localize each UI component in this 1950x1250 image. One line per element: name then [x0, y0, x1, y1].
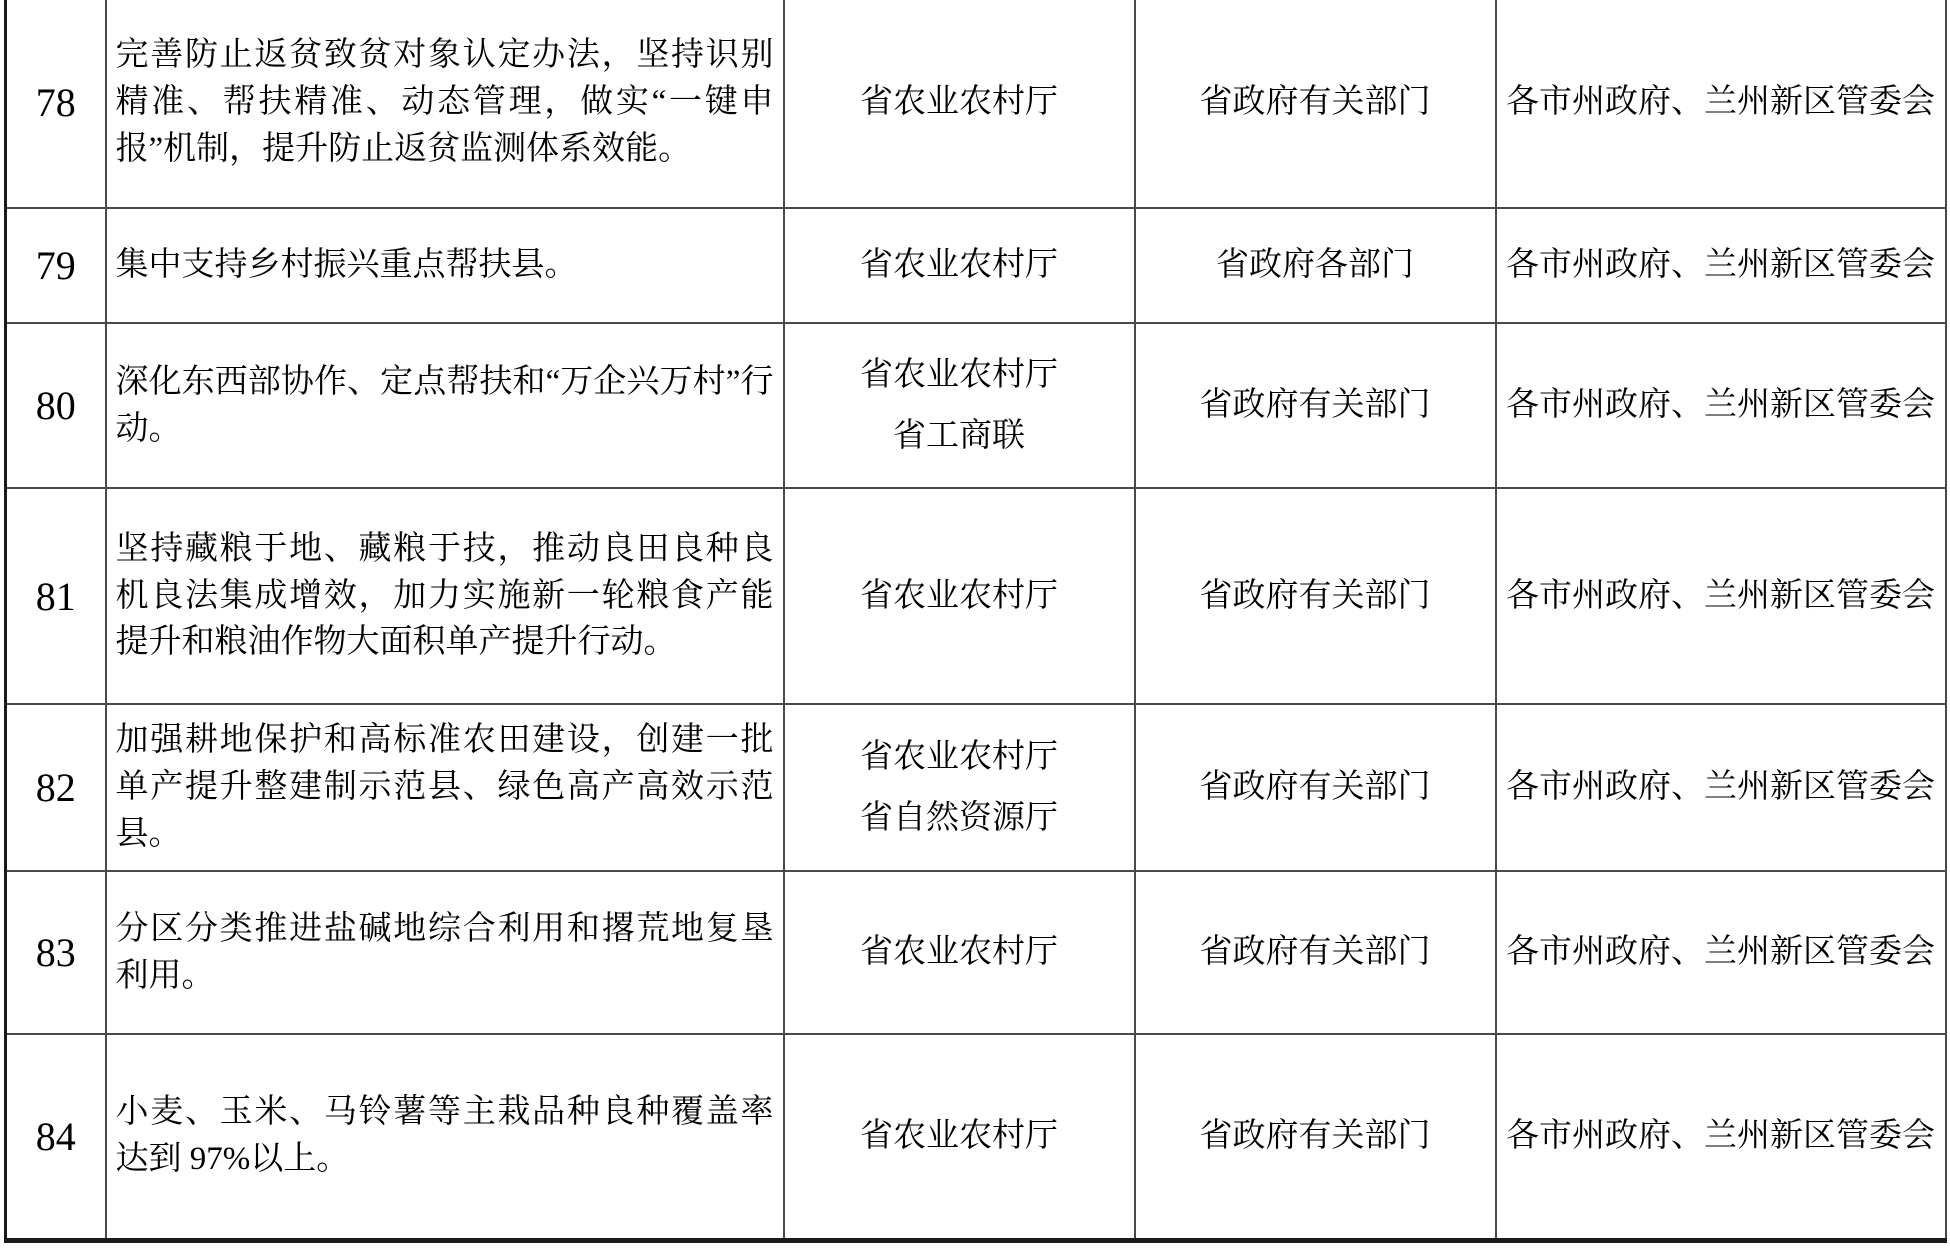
row-number: 81 [6, 488, 106, 704]
co-department: 省政府有关部门 [1135, 488, 1496, 704]
co-department: 省政府有关部门 [1135, 1034, 1496, 1240]
table-row: 82 加强耕地保护和高标准农田建设，创建一批单产提升整建制示范县、绿色高产高效示… [6, 704, 1946, 871]
task-text: 加强耕地保护和高标准农田建设，创建一批单产提升整建制示范县、绿色高产高效示范县。 [106, 704, 784, 871]
implementing-unit: 各市州政府、兰州新区管委会 [1496, 871, 1946, 1034]
table-row: 78 完善防止返贫致贫对象认定办法，坚持识别精准、帮扶精准、动态管理，做实“一键… [6, 0, 1946, 208]
lead-department: 省农业农村厅 [789, 345, 1130, 405]
lead-department: 省农业农村厅 [789, 727, 1130, 787]
task-text: 深化东西部协作、定点帮扶和“万企兴万村”行动。 [106, 323, 784, 488]
co-department: 省政府有关部门 [1135, 0, 1496, 208]
responsibility-table: 78 完善防止返贫致贫对象认定办法，坚持识别精准、帮扶精准、动态管理，做实“一键… [4, 0, 1947, 1243]
task-text: 完善防止返贫致贫对象认定办法，坚持识别精准、帮扶精准、动态管理，做实“一键申报”… [106, 0, 784, 208]
lead-department-cell: 省农业农村厅 [784, 1034, 1135, 1240]
implementing-unit: 各市州政府、兰州新区管委会 [1496, 704, 1946, 871]
co-department: 省政府有关部门 [1135, 871, 1496, 1034]
lead-department: 省农业农村厅 [789, 1106, 1130, 1166]
lead-department-cell: 省农业农村厅 [784, 0, 1135, 208]
lead-department-cell: 省农业农村厅 [784, 488, 1135, 704]
lead-department: 省农业农村厅 [789, 72, 1130, 132]
row-number: 78 [6, 0, 106, 208]
table-row: 80 深化东西部协作、定点帮扶和“万企兴万村”行动。 省农业农村厅 省工商联 省… [6, 323, 1946, 488]
co-department: 省政府有关部门 [1135, 704, 1496, 871]
task-text: 小麦、玉米、马铃薯等主栽品种良种覆盖率达到 97%以上。 [106, 1034, 784, 1240]
implementing-unit: 各市州政府、兰州新区管委会 [1496, 488, 1946, 704]
implementing-unit: 各市州政府、兰州新区管委会 [1496, 0, 1946, 208]
table-row: 83 分区分类推进盐碱地综合利用和撂荒地复垦利用。 省农业农村厅 省政府有关部门… [6, 871, 1946, 1034]
lead-department: 省农业农村厅 [789, 922, 1130, 982]
lead-department-cell: 省农业农村厅 省自然资源厅 [784, 704, 1135, 871]
task-text: 坚持藏粮于地、藏粮于技，推动良田良种良机良法集成增效，加力实施新一轮粮食产能提升… [106, 488, 784, 704]
lead-department-2: 省自然资源厅 [789, 788, 1130, 848]
table-row: 84 小麦、玉米、马铃薯等主栽品种良种覆盖率达到 97%以上。 省农业农村厅 省… [6, 1034, 1946, 1240]
lead-department-2: 省工商联 [789, 406, 1130, 466]
row-number: 83 [6, 871, 106, 1034]
co-department: 省政府各部门 [1135, 208, 1496, 323]
row-number: 82 [6, 704, 106, 871]
lead-department: 省农业农村厅 [789, 566, 1130, 626]
document-page: 78 完善防止返贫致贫对象认定办法，坚持识别精准、帮扶精准、动态管理，做实“一键… [0, 0, 1950, 1250]
row-number: 79 [6, 208, 106, 323]
row-number: 84 [6, 1034, 106, 1240]
lead-department-cell: 省农业农村厅 [784, 871, 1135, 1034]
implementing-unit: 各市州政府、兰州新区管委会 [1496, 323, 1946, 488]
implementing-unit: 各市州政府、兰州新区管委会 [1496, 1034, 1946, 1240]
task-text: 集中支持乡村振兴重点帮扶县。 [106, 208, 784, 323]
task-text: 分区分类推进盐碱地综合利用和撂荒地复垦利用。 [106, 871, 784, 1034]
co-department: 省政府有关部门 [1135, 323, 1496, 488]
lead-department-cell: 省农业农村厅 省工商联 [784, 323, 1135, 488]
implementing-unit: 各市州政府、兰州新区管委会 [1496, 208, 1946, 323]
row-number: 80 [6, 323, 106, 488]
lead-department-cell: 省农业农村厅 [784, 208, 1135, 323]
lead-department: 省农业农村厅 [789, 235, 1130, 295]
table-row: 79 集中支持乡村振兴重点帮扶县。 省农业农村厅 省政府各部门 各市州政府、兰州… [6, 208, 1946, 323]
table-row: 81 坚持藏粮于地、藏粮于技，推动良田良种良机良法集成增效，加力实施新一轮粮食产… [6, 488, 1946, 704]
